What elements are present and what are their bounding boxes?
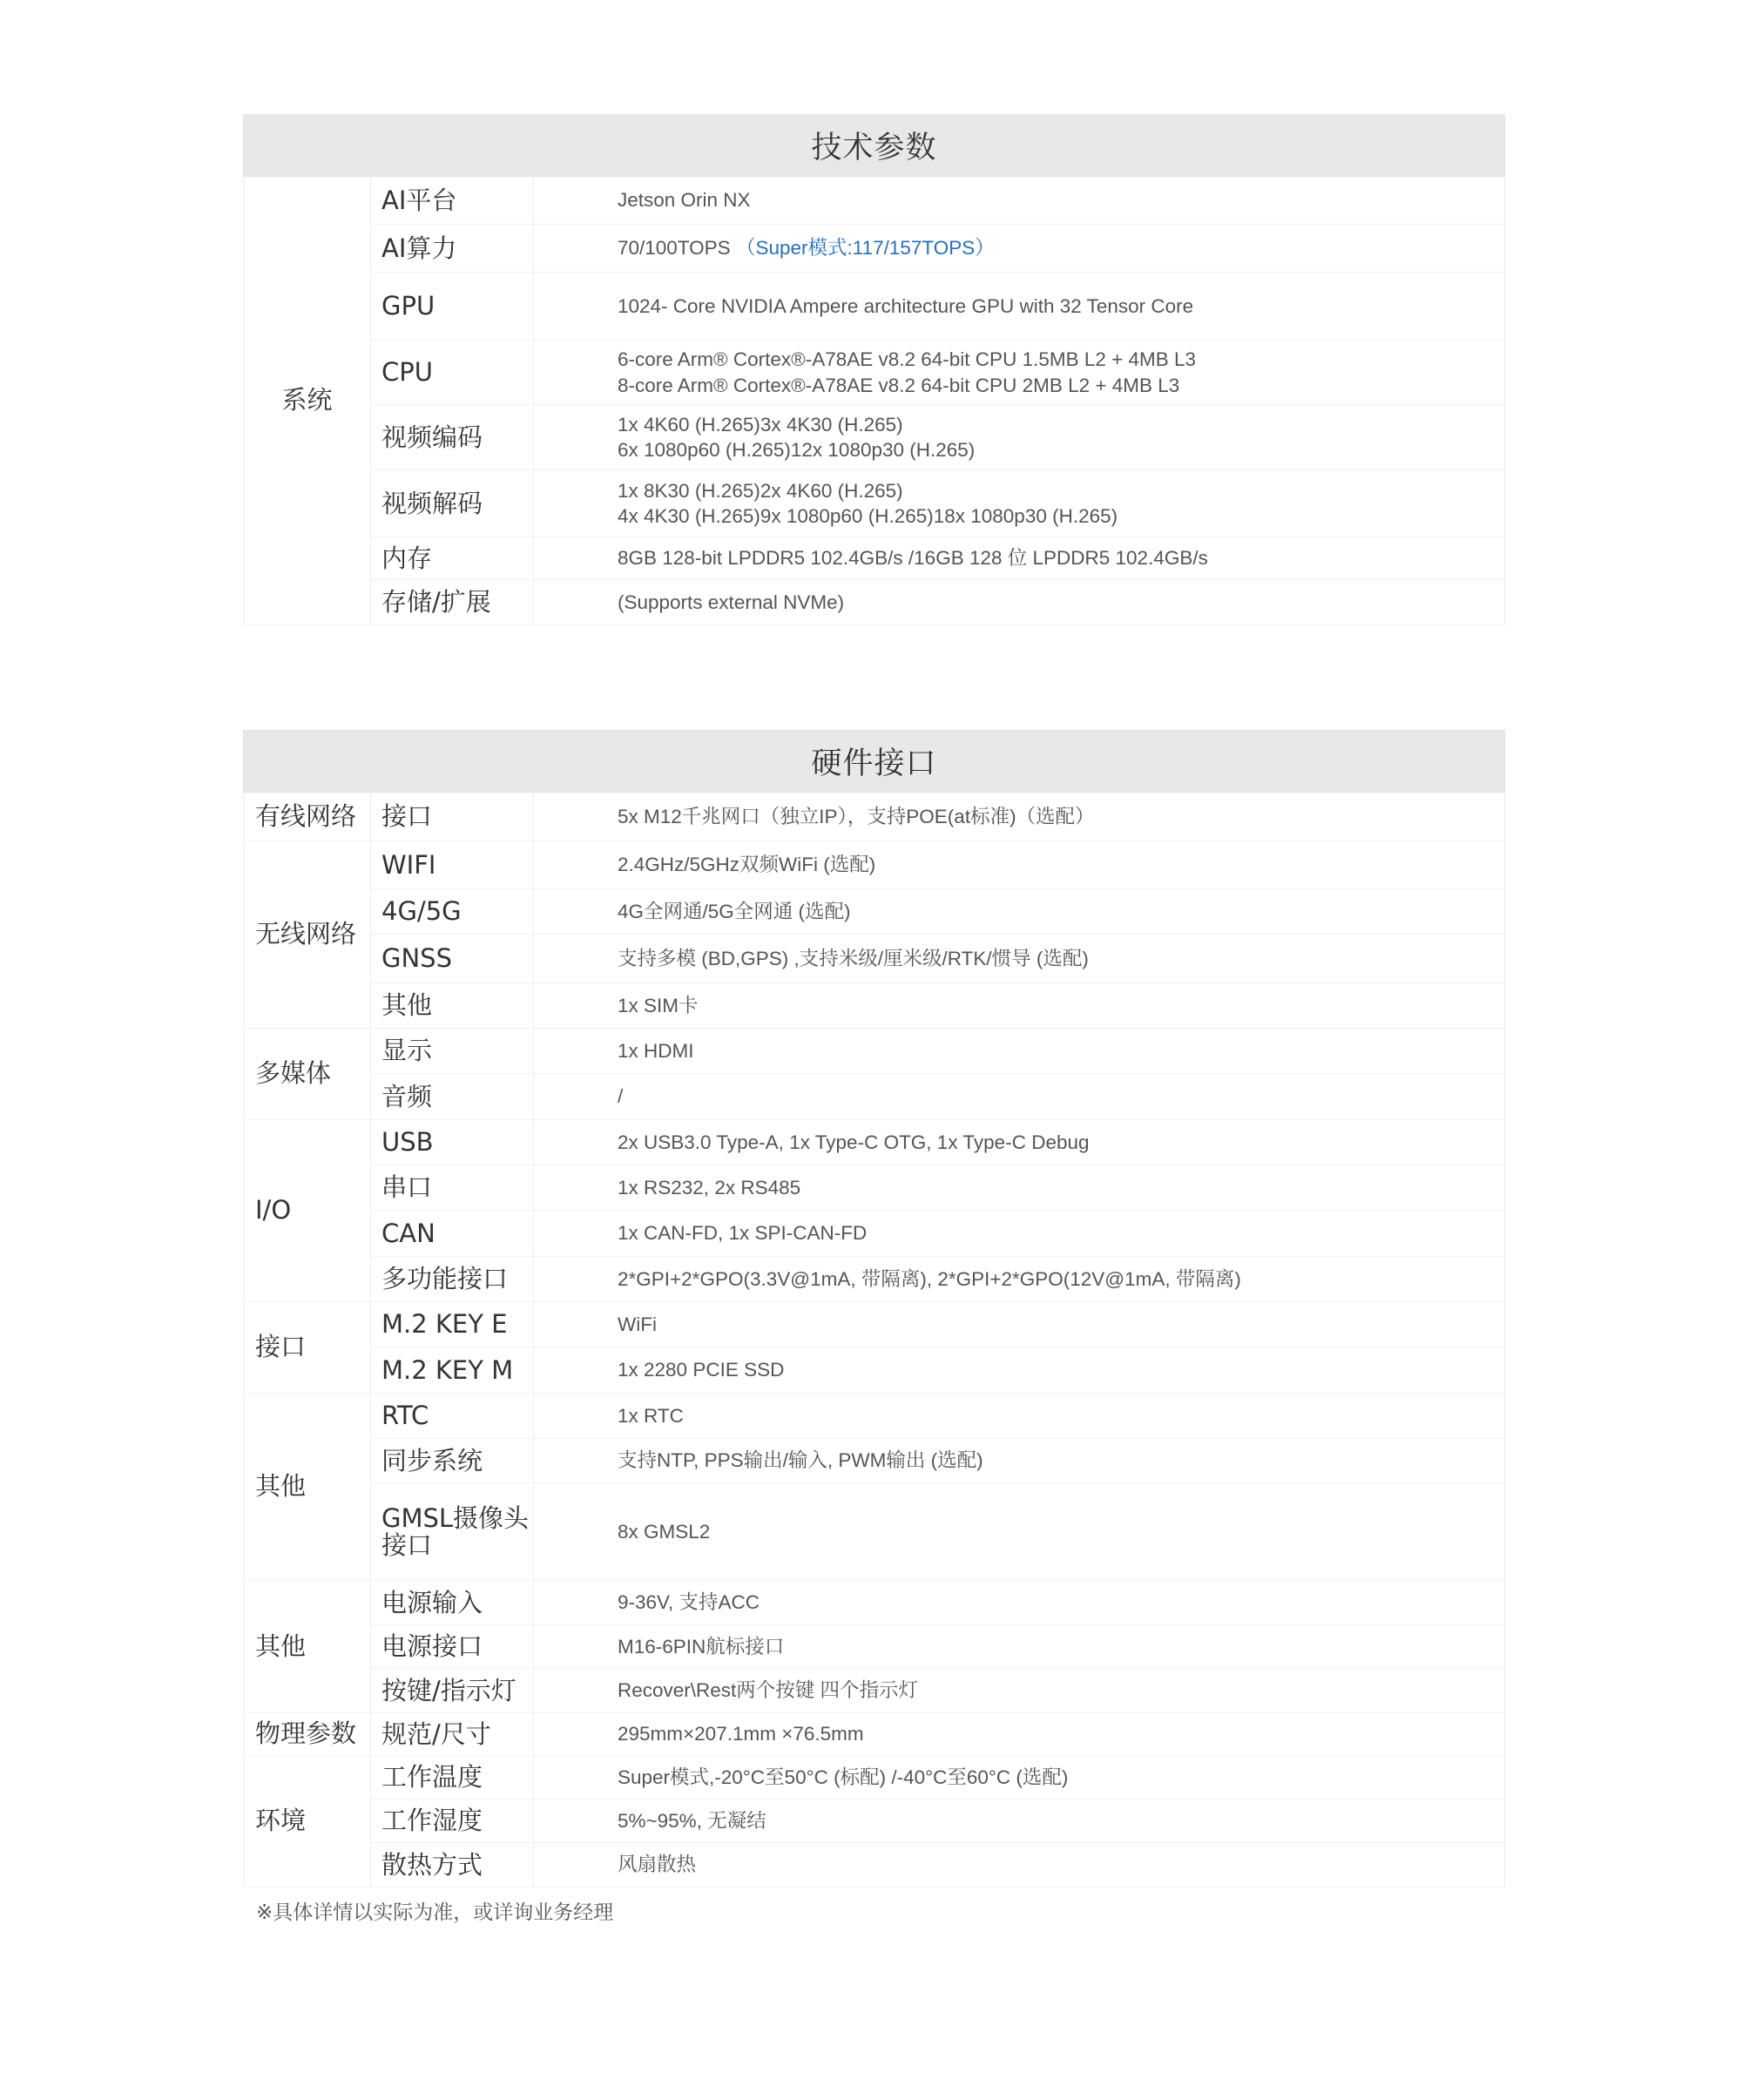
- spec-label: 串口: [371, 1165, 534, 1211]
- group-wired-network: 有线网络: [244, 793, 371, 841]
- spec-label: 电源输入: [371, 1581, 534, 1625]
- tech-specs-table: 技术参数 系统 AI平台 Jetson Orin NX AI算力 70/100T…: [243, 114, 1505, 625]
- group-wireless-network: 无线网络: [244, 841, 371, 1029]
- spec-label: 音频: [371, 1074, 534, 1120]
- spec-label: 其他: [371, 983, 534, 1029]
- spec-value: 5%~95%, 无凝结: [534, 1800, 1505, 1843]
- spec-value: 1024- Core NVIDIA Ampere architecture GP…: [534, 273, 1505, 341]
- spec-value: 2.4GHz/5GHz双频WiFi (选配): [534, 841, 1505, 889]
- spec-label: 规范/尺寸: [371, 1713, 534, 1756]
- spec-label: 工作温度: [371, 1756, 534, 1800]
- spec-label: RTC: [371, 1394, 534, 1439]
- spec-label: 多功能接口: [371, 1257, 534, 1302]
- spec-value: 1x CAN-FD, 1x SPI-CAN-FD: [534, 1211, 1505, 1257]
- spec-label: 4G/5G: [371, 889, 534, 935]
- spec-value: 1x SIM卡: [534, 983, 1505, 1029]
- spec-label: WIFI: [371, 841, 534, 889]
- spec-label: 视频编码: [371, 405, 534, 470]
- group-io: I/O: [244, 1120, 371, 1302]
- group-system: 系统: [244, 177, 371, 625]
- hardware-interfaces-table: 硬件接口 有线网络 接口 5x M12千兆网口（独立IP），支持POE(at标准…: [243, 730, 1505, 1887]
- spec-label: CPU: [371, 341, 534, 405]
- spec-label: 按键/指示灯: [371, 1669, 534, 1713]
- spec-value: 1x RTC: [534, 1394, 1505, 1439]
- spec-label: AI平台: [371, 177, 534, 225]
- spec-label: 电源接口: [371, 1625, 534, 1669]
- spec-value: 支持多模 (BD,GPS) ,支持米级/厘米级/RTK/惯导 (选配): [534, 935, 1505, 983]
- spec-value: 9-36V, 支持ACC: [534, 1581, 1505, 1625]
- spec-label: 存储/扩展: [371, 580, 534, 625]
- footnote: ※具体详情以实际为准，或详询业务经理: [256, 1896, 613, 1925]
- spec-value: WiFi: [534, 1302, 1505, 1347]
- spec-value: Recover\Rest两个按键 四个指示灯: [534, 1669, 1505, 1713]
- spec-label: 视频解码: [371, 470, 534, 537]
- spec-label: GPU: [371, 273, 534, 341]
- spec-value: 1x 4K60 (H.265)3x 4K30 (H.265) 6x 1080p6…: [534, 405, 1505, 470]
- spec-label: 同步系统: [371, 1439, 534, 1483]
- spec-label: 散热方式: [371, 1843, 534, 1887]
- spec-label: 接口: [371, 793, 534, 841]
- spec-value: 4G全网通/5G全网通 (选配): [534, 889, 1505, 935]
- spec-value: 风扇散热: [534, 1843, 1505, 1887]
- spec-value: 2*GPI+2*GPO(3.3V@1mA, 带隔离), 2*GPI+2*GPO(…: [534, 1257, 1505, 1302]
- spec-label: M.2 KEY M: [371, 1347, 534, 1394]
- spec-value: 295mm×207.1mm ×76.5mm: [534, 1713, 1505, 1756]
- spec-label: USB: [371, 1120, 534, 1165]
- spec-value: Jetson Orin NX: [534, 177, 1505, 225]
- group-physical: 物理参数: [244, 1713, 371, 1756]
- spec-value: 1x 8K30 (H.265)2x 4K60 (H.265) 4x 4K30 (…: [534, 470, 1505, 537]
- spec-value: M16-6PIN航标接口: [534, 1625, 1505, 1669]
- spec-label: CAN: [371, 1211, 534, 1257]
- tech-specs-title: 技术参数: [244, 115, 1505, 177]
- spec-value: 1x HDMI: [534, 1029, 1505, 1074]
- group-multimedia: 多媒体: [244, 1029, 371, 1120]
- ai-tops-value: 70/100TOPS: [618, 237, 736, 259]
- spec-label: 显示: [371, 1029, 534, 1074]
- spec-value: 8x GMSL2: [534, 1483, 1505, 1581]
- group-power: 其他: [244, 1581, 371, 1713]
- super-mode-note: （Super模式:117/157TOPS）: [736, 237, 995, 259]
- spec-value: 2x USB3.0 Type-A, 1x Type-C OTG, 1x Type…: [534, 1120, 1505, 1165]
- spec-value: 支持NTP, PPS输出/输入, PWM输出 (选配): [534, 1439, 1505, 1483]
- spec-value: 70/100TOPS （Super模式:117/157TOPS）: [534, 225, 1505, 273]
- spec-value: 8GB 128-bit LPDDR5 102.4GB/s /16GB 128 位…: [534, 537, 1505, 580]
- spec-value: 5x M12千兆网口（独立IP），支持POE(at标准)（选配）: [534, 793, 1505, 841]
- hardware-interfaces-title: 硬件接口: [244, 731, 1505, 793]
- group-environment: 环境: [244, 1756, 371, 1887]
- group-other: 其他: [244, 1394, 371, 1581]
- spec-label: 内存: [371, 537, 534, 580]
- spec-value: /: [534, 1074, 1505, 1120]
- group-slots: 接口: [244, 1302, 371, 1394]
- spec-value: 1x 2280 PCIE SSD: [534, 1347, 1505, 1394]
- spec-value: 1x RS232, 2x RS485: [534, 1165, 1505, 1211]
- spec-value: 6-core Arm® Cortex®-A78AE v8.2 64-bit CP…: [534, 341, 1505, 405]
- spec-label: AI算力: [371, 225, 534, 273]
- spec-label: M.2 KEY E: [371, 1302, 534, 1347]
- spec-value: (Supports external NVMe): [534, 580, 1505, 625]
- spec-label: GMSL摄像头 接口: [371, 1483, 534, 1581]
- spec-value: Super模式,-20°C至50°C (标配) /-40°C至60°C (选配): [534, 1756, 1505, 1800]
- spec-label: GNSS: [371, 935, 534, 983]
- spec-label: 工作湿度: [371, 1800, 534, 1843]
